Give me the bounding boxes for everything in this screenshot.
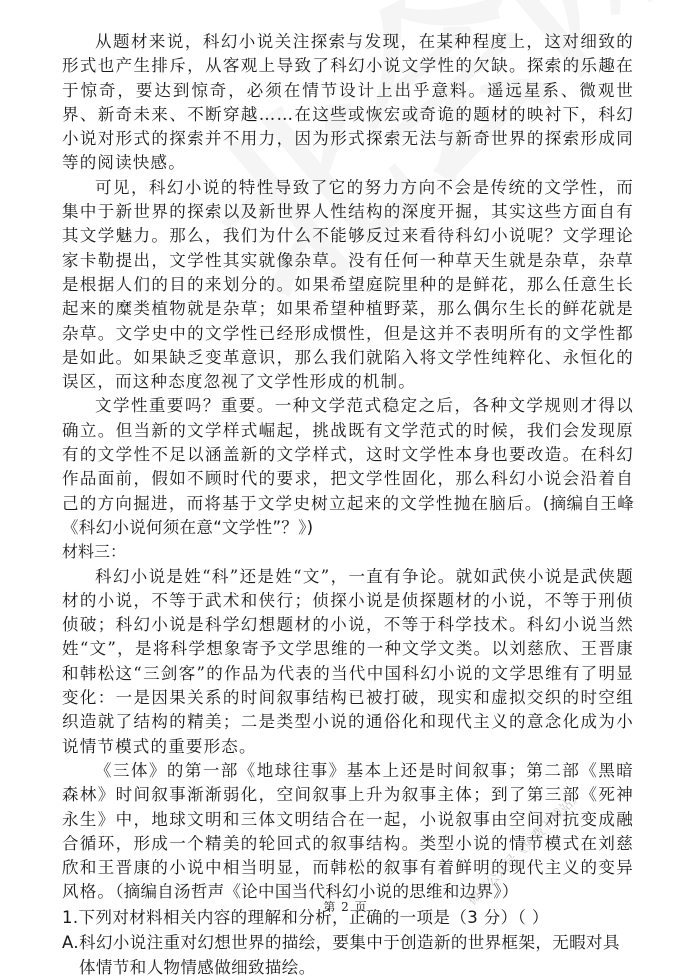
paragraph-3: 文学性重要吗？重要。一种文学范式稳定之后，各种文学规则才得以确立。但当新的文学样… [62, 394, 634, 540]
page-number: 第 2 页 [0, 898, 691, 915]
question-block: 1.下列对材料相关内容的理解和分析，正确的一项是（3 分）（ ） A.科幻小说注… [62, 905, 634, 979]
material-3-paragraph-2: 《三体》的第一部《地球往事》基本上还是时间叙事；第二部《黑暗森林》时间叙事渐渐弱… [62, 759, 634, 905]
material-3-paragraph-1: 科幻小说是姓“科”还是姓“文”，一直有争论。就如武侠小说是武侠题材的小说，不等于… [62, 565, 634, 759]
document-page: 北会网印 从题材来说，科幻小说关注探索与发现，在某种程度上，这对细致的形式也产生… [0, 0, 691, 979]
option-a: A.科幻小说注重对幻想世界的描绘，要集中于创造新的世界框架，无暇对具体情节和人物… [62, 930, 634, 979]
paragraph-1: 从题材来说，科幻小说关注探索与发现，在某种程度上，这对细致的形式也产生排斥，从客… [62, 30, 634, 176]
paragraph-2: 可见，科幻小说的特性导致了它的努力方向不会是传统的文学性，而集中于新世界的探索以… [62, 176, 634, 395]
material-3-paragraph-2-text: 《三体》的第一部《地球往事》基本上还是时间叙事；第二部《黑暗森林》时间叙事渐渐弱… [62, 761, 634, 901]
document-body: 从题材来说，科幻小说关注探索与发现，在某种程度上，这对细致的形式也产生排斥，从客… [62, 30, 634, 979]
material-3-heading: 材料三： [62, 540, 634, 564]
